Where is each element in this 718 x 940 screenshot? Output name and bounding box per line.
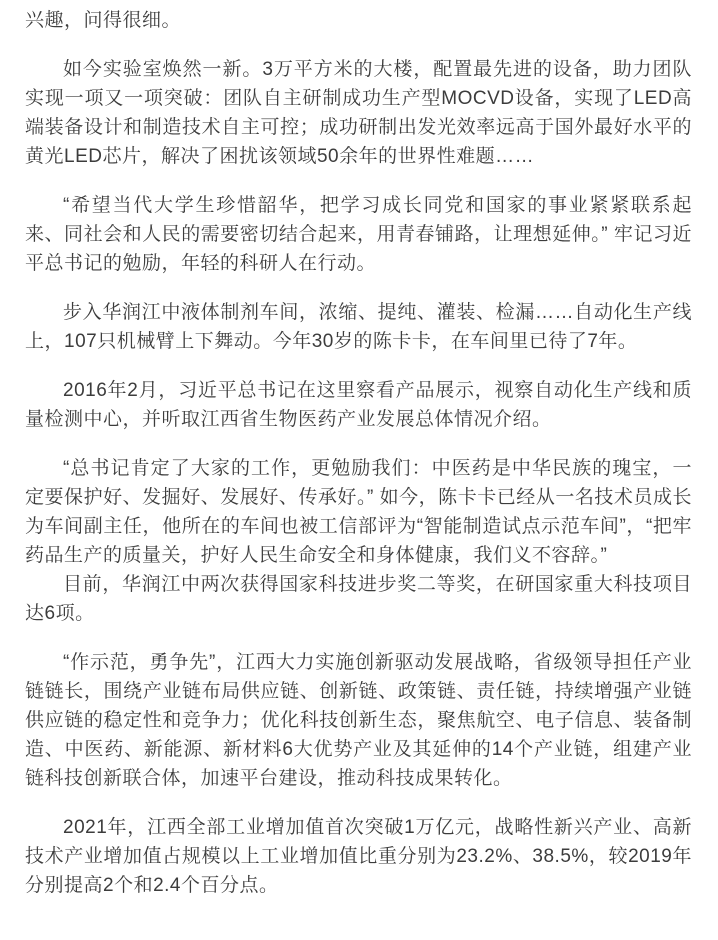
article-content: 兴趣，问得很细。如今实验室焕然一新。3万平方米的大楼，配置最先进的设备，助力团队…: [0, 0, 718, 940]
page: 兴趣，问得很细。如今实验室焕然一新。3万平方米的大楼，配置最先进的设备，助力团队…: [0, 0, 718, 940]
paragraph: “作示范，勇争先”，江西大力实施创新驱动发展战略，省级领导担任产业链链长，围绕产…: [25, 648, 692, 793]
paragraph: 步入华润江中液体制剂车间，浓缩、提纯、灌装、检漏……自动化生产线上，107只机械…: [25, 298, 692, 356]
paragraph: 目前，华润江中两次获得国家科技进步奖二等奖，在研国家重大科技项目达6项。: [25, 570, 692, 628]
paragraph: “希望当代大学生珍惜韶华，把学习成长同党和国家的事业紧紧联系起来、同社会和人民的…: [25, 191, 692, 278]
paragraph: 兴趣，问得很细。: [25, 6, 692, 35]
paragraph: 2016年2月，习近平总书记在这里察看产品展示，视察自动化生产线和质量检测中心，…: [25, 376, 692, 434]
paragraph: 如今实验室焕然一新。3万平方米的大楼，配置最先进的设备，助力团队实现一项又一项突…: [25, 55, 692, 171]
paragraph: “总书记肯定了大家的工作，更勉励我们：中医药是中华民族的瑰宝，一定要保护好、发掘…: [25, 454, 692, 570]
paragraph: 2021年，江西全部工业增加值首次突破1万亿元，战略性新兴产业、高新技术产业增加…: [25, 813, 692, 900]
